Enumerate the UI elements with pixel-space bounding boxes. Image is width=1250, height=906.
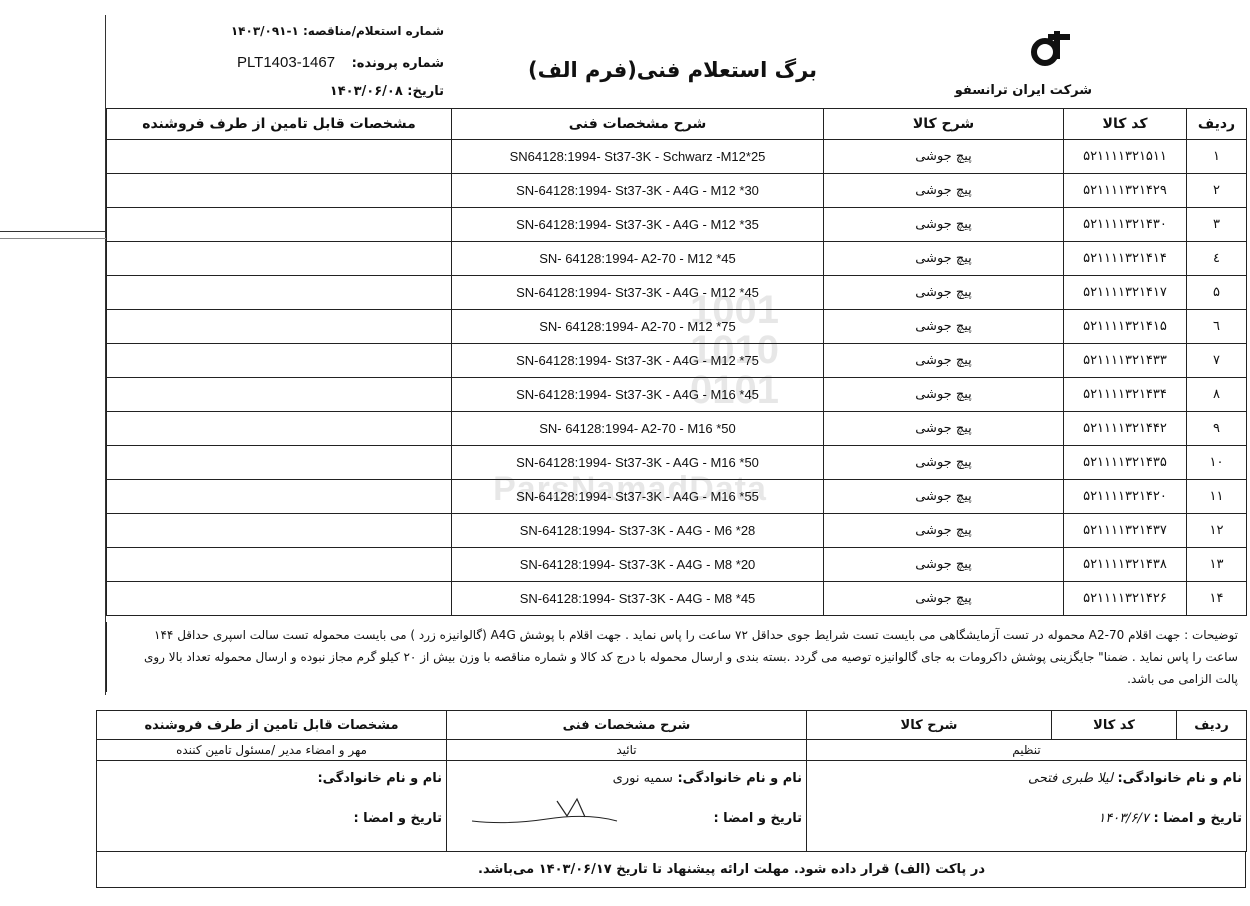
inquiry-label: شماره استعلام/مناقصه: [303, 24, 444, 38]
table-row: ۷ ۵۲۱۱۱۱۳۲۱۴۳۳ پیچ جوشی SN-64128:1994- S… [107, 344, 1247, 378]
footer-col-code: کد کالا [1052, 711, 1177, 740]
col-header-description: شرح کالا [824, 109, 1064, 140]
notes-line-1: توضیحات : جهت اقلام A2-70 محموله در تست … [111, 624, 1238, 646]
item-code: ۵۲۱۱۱۱۳۲۱۴۳۵ [1064, 446, 1187, 480]
row-number: ۱۳ [1187, 548, 1247, 582]
file-number: شماره پرونده: PLT1403-1467 [237, 54, 444, 71]
preparer-sign-date: ۱۴۰۳/۶/۷ [1098, 811, 1149, 826]
row-number: ۲ [1187, 174, 1247, 208]
table-row: ۱۳ ۵۲۱۱۱۱۳۲۱۴۳۸ پیچ جوشی SN-64128:1994- … [107, 548, 1247, 582]
item-spec: SN-64128:1994- St37-3K - A4G - M8 *45 [452, 582, 824, 616]
item-code: ۵۲۱۱۱۱۳۲۱۴۲۰ [1064, 480, 1187, 514]
col-header-vendor-spec: مشخصات قابل تامین از طرف فروشنده [107, 109, 452, 140]
table-row: ۱۴ ۵۲۱۱۱۱۳۲۱۴۲۶ پیچ جوشی SN-64128:1994- … [107, 582, 1247, 616]
row-number: ۵ [1187, 276, 1247, 310]
vendor-spec-cell[interactable] [107, 582, 452, 616]
item-description: پیچ جوشی [824, 582, 1064, 616]
footer-col-row-number: ردیف [1177, 711, 1247, 740]
table-row: ۱۱ ۵۲۱۱۱۱۳۲۱۴۲۰ پیچ جوشی SN-64128:1994- … [107, 480, 1247, 514]
vendor-spec-cell[interactable] [107, 140, 452, 174]
item-spec: SN-64128:1994- St37-3K - A4G - M12 *45 [452, 276, 824, 310]
row-number: ٦ [1187, 310, 1247, 344]
vendor-spec-cell[interactable] [107, 276, 452, 310]
item-description: پیچ جوشی [824, 208, 1064, 242]
company-logo [1028, 28, 1072, 68]
item-code: ۵۲۱۱۱۱۳۲۱۴۳۴ [1064, 378, 1187, 412]
inquiry-number: شماره استعلام/مناقصه: ۱-۱۴۰۳/۰۹۱ [231, 24, 444, 38]
item-description: پیچ جوشی [824, 514, 1064, 548]
item-spec: SN-64128:1994- St37-3K - A4G - M8 *20 [452, 548, 824, 582]
scan-line-top-left-2 [0, 238, 106, 239]
table-row: ۱ ۵۲۱۱۱۱۳۲۱۵۱۱ پیچ جوشی SN64128:1994- St… [107, 140, 1247, 174]
approver-name-field: نام و نام خانوادگی: سمیه نوری [613, 771, 802, 786]
role-approved: تائید [447, 740, 807, 761]
table-row: ۵ ۵۲۱۱۱۱۳۲۱۴۱۷ پیچ جوشی SN-64128:1994- S… [107, 276, 1247, 310]
table-row: ۸ ۵۲۱۱۱۱۳۲۱۴۳۴ پیچ جوشی SN-64128:1994- S… [107, 378, 1247, 412]
item-description: پیچ جوشی [824, 242, 1064, 276]
footer-col-spec: شرح مشخصات فنی [447, 711, 807, 740]
vendor-spec-cell[interactable] [107, 514, 452, 548]
item-code: ۵۲۱۱۱۱۳۲۱۴۱۴ [1064, 242, 1187, 276]
item-spec: SN- 64128:1994- A2-70 - M16 *50 [452, 412, 824, 446]
footer-roles-row: تنظیم تائید مهر و امضاء مدیر /مسئول تامی… [97, 740, 1247, 761]
file-value: PLT1403-1467 [237, 54, 335, 71]
item-code: ۵۲۱۱۱۱۳۲۱۴۲۶ [1064, 582, 1187, 616]
date: تاریخ: ۱۴۰۳/۰۶/۰۸ [330, 84, 444, 99]
vendor-sign-field: تاریخ و امضا : [353, 811, 442, 826]
table-row: ۲ ۵۲۱۱۱۱۳۲۱۴۲۹ پیچ جوشی SN-64128:1994- S… [107, 174, 1247, 208]
footer-col-description: شرح کالا [807, 711, 1052, 740]
iran-transfo-logo-icon [1028, 28, 1072, 68]
table-row: ۱۲ ۵۲۱۱۱۱۳۲۱۴۳۷ پیچ جوشی SN-64128:1994- … [107, 514, 1247, 548]
item-code: ۵۲۱۱۱۱۳۲۱۵۱۱ [1064, 140, 1187, 174]
table-row: ٦ ۵۲۱۱۱۱۳۲۱۴۱۵ پیچ جوشی SN- 64128:1994- … [107, 310, 1247, 344]
row-number: ۱۲ [1187, 514, 1247, 548]
row-number: ۱۰ [1187, 446, 1247, 480]
scan-line-top-left [0, 231, 106, 232]
vendor-sign-label: تاریخ و امضا : [353, 811, 442, 826]
vendor-spec-cell[interactable] [107, 480, 452, 514]
date-value: ۱۴۰۳/۰۶/۰۸ [330, 84, 403, 99]
item-spec: SN-64128:1994- St37-3K - A4G - M12 *30 [452, 174, 824, 208]
preparer-name-field: نام و نام خانوادگی: لیلا طبری فتحی [1028, 771, 1242, 786]
item-code: ۵۲۱۱۱۱۳۲۱۴۱۵ [1064, 310, 1187, 344]
item-spec: SN-64128:1994- St37-3K - A4G - M12 *75 [452, 344, 824, 378]
item-spec: SN-64128:1994- St37-3K - A4G - M16 *45 [452, 378, 824, 412]
preparer-signature-cell: نام و نام خانوادگی: لیلا طبری فتحی تاریخ… [807, 761, 1247, 852]
vendor-spec-cell[interactable] [107, 310, 452, 344]
item-spec: SN-64128:1994- St37-3K - A4G - M12 *35 [452, 208, 824, 242]
row-number: ٤ [1187, 242, 1247, 276]
item-description: پیچ جوشی [824, 548, 1064, 582]
vendor-spec-cell[interactable] [107, 242, 452, 276]
item-spec: SN- 64128:1994- A2-70 - M12 *75 [452, 310, 824, 344]
table-header-row: ردیف کد کالا شرح کالا شرح مشخصات فنی مشخ… [107, 109, 1247, 140]
footer-col-vendor-spec: مشخصات قابل تامین از طرف فروشنده [97, 711, 447, 740]
table-row: ۹ ۵۲۱۱۱۱۳۲۱۴۴۲ پیچ جوشی SN- 64128:1994- … [107, 412, 1247, 446]
item-description: پیچ جوشی [824, 140, 1064, 174]
item-spec: SN-64128:1994- St37-3K - A4G - M6 *28 [452, 514, 824, 548]
approver-name-label: نام و نام خانوادگی: [677, 771, 802, 786]
table-row: ۳ ۵۲۱۱۱۱۳۲۱۴۳۰ پیچ جوشی SN-64128:1994- S… [107, 208, 1247, 242]
footer-header-row: ردیف کد کالا شرح کالا شرح مشخصات فنی مشخ… [97, 711, 1247, 740]
row-number: ۱۱ [1187, 480, 1247, 514]
preparer-name-label: نام و نام خانوادگی: [1117, 771, 1242, 786]
vendor-spec-cell[interactable] [107, 208, 452, 242]
table-row: ٤ ۵۲۱۱۱۱۳۲۱۴۱۴ پیچ جوشی SN- 64128:1994- … [107, 242, 1247, 276]
item-code: ۵۲۱۱۱۱۳۲۱۴۳۷ [1064, 514, 1187, 548]
item-description: پیچ جوشی [824, 310, 1064, 344]
date-label: تاریخ: [407, 84, 444, 99]
vendor-spec-cell[interactable] [107, 412, 452, 446]
item-code: ۵۲۱۱۱۱۳۲۱۴۲۹ [1064, 174, 1187, 208]
vendor-name-field: نام و نام خانوادگی: [317, 771, 442, 786]
item-description: پیچ جوشی [824, 276, 1064, 310]
item-description: پیچ جوشی [824, 378, 1064, 412]
signature-table: ردیف کد کالا شرح کالا شرح مشخصات فنی مشخ… [96, 710, 1247, 852]
item-code: ۵۲۱۱۱۱۳۲۱۴۱۷ [1064, 276, 1187, 310]
approver-sign-label: تاریخ و امضا : [713, 811, 802, 826]
item-description: پیچ جوشی [824, 174, 1064, 208]
item-code: ۵۲۱۱۱۱۳۲۱۴۳۳ [1064, 344, 1187, 378]
role-vendor-stamp: مهر و امضاء مدیر /مسئول تامین کننده [97, 740, 447, 761]
col-header-code: کد کالا [1064, 109, 1187, 140]
row-number: ۹ [1187, 412, 1247, 446]
row-number: ۳ [1187, 208, 1247, 242]
notes-section: توضیحات : جهت اقلام A2-70 محموله در تست … [106, 622, 1242, 692]
vendor-name-label: نام و نام خانوادگی: [317, 771, 442, 786]
preparer-name: لیلا طبری فتحی [1028, 771, 1113, 786]
row-number: ۱ [1187, 140, 1247, 174]
role-prepared: تنظیم [807, 740, 1247, 761]
row-number: ۱۴ [1187, 582, 1247, 616]
form-title: برگ استعلام فنی(فرم الف) [528, 58, 817, 82]
col-header-row-number: ردیف [1187, 109, 1247, 140]
item-spec: SN- 64128:1994- A2-70 - M12 *45 [452, 242, 824, 276]
file-label: شماره پرونده: [352, 56, 444, 71]
table-row: ۱۰ ۵۲۱۱۱۱۳۲۱۴۳۵ پیچ جوشی SN-64128:1994- … [107, 446, 1247, 480]
vendor-spec-cell[interactable] [107, 446, 452, 480]
vendor-spec-cell[interactable] [107, 344, 452, 378]
vendor-spec-cell[interactable] [107, 548, 452, 582]
inquiry-value: ۱-۱۴۰۳/۰۹۱ [231, 24, 299, 38]
approver-signature-cell: نام و نام خانوادگی: سمیه نوری تاریخ و ام… [447, 761, 807, 852]
footer-signature-row: نام و نام خانوادگی: لیلا طبری فتحی تاریخ… [97, 761, 1247, 852]
item-code: ۵۲۱۱۱۱۳۲۱۴۴۲ [1064, 412, 1187, 446]
row-number: ۸ [1187, 378, 1247, 412]
preparer-sign-field: تاریخ و امضا : ۱۴۰۳/۶/۷ [1098, 811, 1242, 826]
vendor-signature-cell[interactable]: نام و نام خانوادگی: تاریخ و امضا : [97, 761, 447, 852]
approver-signature-icon [467, 791, 627, 831]
vendor-spec-cell[interactable] [107, 174, 452, 208]
item-description: پیچ جوشی [824, 480, 1064, 514]
approver-sign-field: تاریخ و امضا : [713, 811, 802, 826]
item-description: پیچ جوشی [824, 446, 1064, 480]
item-description: پیچ جوشی [824, 412, 1064, 446]
item-spec: SN64128:1994- St37-3K - Schwarz -M12*25 [452, 140, 824, 174]
row-number: ۷ [1187, 344, 1247, 378]
item-code: ۵۲۱۱۱۱۳۲۱۴۳۰ [1064, 208, 1187, 242]
item-code: ۵۲۱۱۱۱۳۲۱۴۳۸ [1064, 548, 1187, 582]
col-header-spec: شرح مشخصات فنی [452, 109, 824, 140]
preparer-sign-label: تاریخ و امضا : [1153, 811, 1242, 826]
notes-line-2: ساعت را پاس نماید . ضمنا" جایگزینی پوشش … [111, 646, 1238, 668]
approver-name: سمیه نوری [613, 771, 673, 786]
submission-note-text: در پاکت (الف) قرار داده شود. مهلت ارائه … [478, 862, 985, 877]
notes-line-3: پالت الزامی می باشد. [111, 668, 1238, 690]
vendor-spec-cell[interactable] [107, 378, 452, 412]
company-name: شرکت ایران ترانسفو [955, 83, 1092, 98]
items-table: ردیف کد کالا شرح کالا شرح مشخصات فنی مشخ… [106, 108, 1247, 616]
submission-note: در پاکت (الف) قرار داده شود. مهلت ارائه … [96, 852, 1246, 888]
item-description: پیچ جوشی [824, 344, 1064, 378]
item-spec: SN-64128:1994- St37-3K - A4G - M16 *50 [452, 446, 824, 480]
item-spec: SN-64128:1994- St37-3K - A4G - M16 *55 [452, 480, 824, 514]
